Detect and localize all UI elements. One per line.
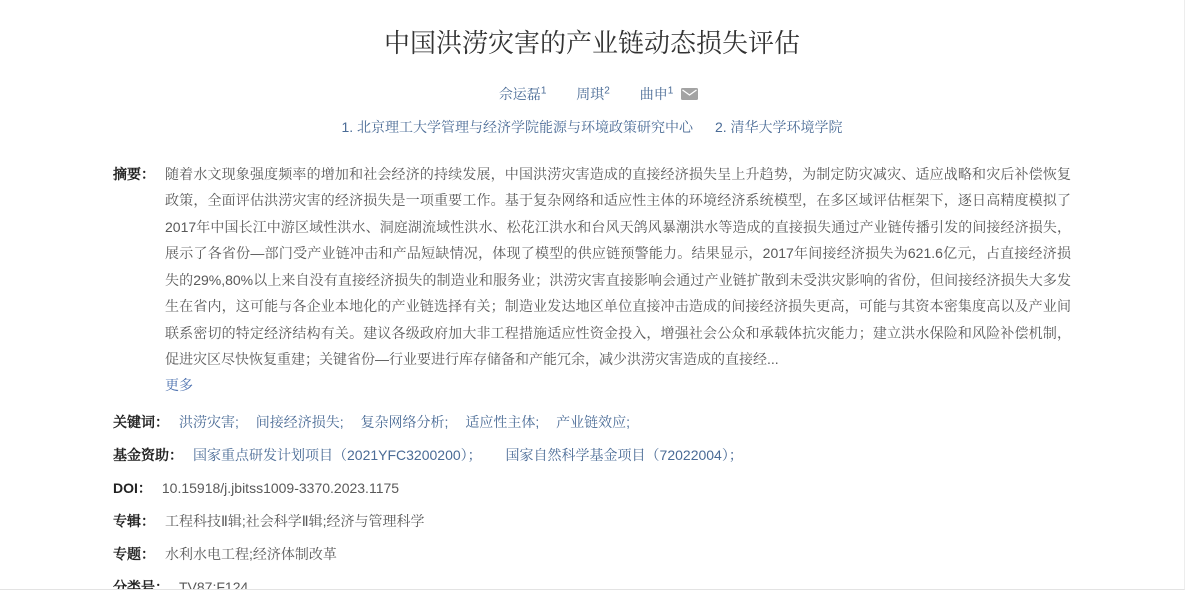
abstract-section: 摘要： 随着水文现象强度频率的增加和社会经济的持续发展，中国洪涝灾害造成的直接经…	[113, 161, 1071, 395]
topic-label: 专题：	[113, 544, 155, 564]
keywords-label: 关键词：	[113, 412, 169, 432]
paper-detail-page: 中国洪涝灾害的产业链动态损失评估 佘运磊1 周琪2 曲申1 1. 北京理工大学管…	[0, 0, 1185, 590]
classification-label: 分类号：	[113, 577, 169, 590]
album-value: 工程科技Ⅱ辑;社会科学Ⅱ辑;经济与管理科学	[165, 511, 425, 531]
funding-value: 国家重点研发计划项目（2021YFC3200200）； 国家自然科学基金项目（7…	[193, 445, 763, 465]
abstract-label: 摘要：	[113, 164, 155, 184]
funding-link-1[interactable]: 国家重点研发计划项目（2021YFC3200200）；	[193, 447, 482, 463]
author-list: 佘运磊1 周琪2 曲申1	[113, 82, 1071, 104]
author-link-3[interactable]: 曲申1	[640, 86, 674, 102]
affiliation-link-2[interactable]: 2. 清华大学环境学院	[715, 119, 843, 135]
affiliation-list: 1. 北京理工大学管理与经济学院能源与环境政策研究中心 2. 清华大学环境学院	[113, 117, 1071, 137]
classification-value: TV87;F124	[179, 577, 248, 590]
abstract-text: 随着水文现象强度频率的增加和社会经济的持续发展，中国洪涝灾害造成的直接经济损失呈…	[165, 161, 1071, 373]
keyword-link-3[interactable]: 复杂网络分析;	[361, 414, 449, 430]
album-label: 专辑：	[113, 511, 155, 531]
classification-section: 分类号： TV87;F124	[113, 577, 1071, 590]
topic-section: 专题： 水利水电工程;经济体制改革	[113, 544, 1071, 564]
keywords-section: 关键词： 洪涝灾害; 间接经济损失; 复杂网络分析; 适应性主体; 产业链效应;	[113, 412, 1071, 432]
keyword-link-1[interactable]: 洪涝灾害;	[179, 414, 239, 430]
funding-section: 基金资助： 国家重点研发计划项目（2021YFC3200200）； 国家自然科学…	[113, 445, 1071, 465]
abstract-more-link[interactable]: 更多	[165, 375, 193, 395]
keyword-link-4[interactable]: 适应性主体;	[465, 414, 539, 430]
affiliation-link-1[interactable]: 1. 北京理工大学管理与经济学院能源与环境政策研究中心	[341, 119, 693, 135]
topic-value: 水利水电工程;经济体制改革	[165, 544, 337, 564]
funding-label: 基金资助：	[113, 445, 183, 465]
funding-link-2[interactable]: 国家自然科学基金项目（72022004）；	[506, 447, 743, 463]
keyword-link-5[interactable]: 产业链效应;	[556, 414, 630, 430]
doi-value: 10.15918/j.jbitss1009-3370.2023.1175	[162, 478, 399, 498]
email-icon[interactable]	[681, 86, 698, 104]
keyword-link-2[interactable]: 间接经济损失;	[256, 414, 344, 430]
author-sup-2: 2	[604, 85, 610, 96]
keywords-value: 洪涝灾害; 间接经济损失; 复杂网络分析; 适应性主体; 产业链效应;	[179, 412, 643, 432]
doi-label: DOI：	[113, 478, 152, 498]
author-link-2[interactable]: 周琪2	[576, 86, 610, 102]
page-title: 中国洪涝灾害的产业链动态损失评估	[113, 27, 1071, 59]
author-link-1[interactable]: 佘运磊1	[499, 86, 547, 102]
abstract-body: 随着水文现象强度频率的增加和社会经济的持续发展，中国洪涝灾害造成的直接经济损失呈…	[165, 161, 1071, 395]
paper-content: 中国洪涝灾害的产业链动态损失评估 佘运磊1 周琪2 曲申1 1. 北京理工大学管…	[113, 0, 1071, 590]
album-section: 专辑： 工程科技Ⅱ辑;社会科学Ⅱ辑;经济与管理科学	[113, 511, 1071, 531]
doi-section: DOI： 10.15918/j.jbitss1009-3370.2023.117…	[113, 478, 1071, 498]
author-sup-3: 1	[668, 85, 674, 96]
author-sup-1: 1	[541, 85, 547, 96]
